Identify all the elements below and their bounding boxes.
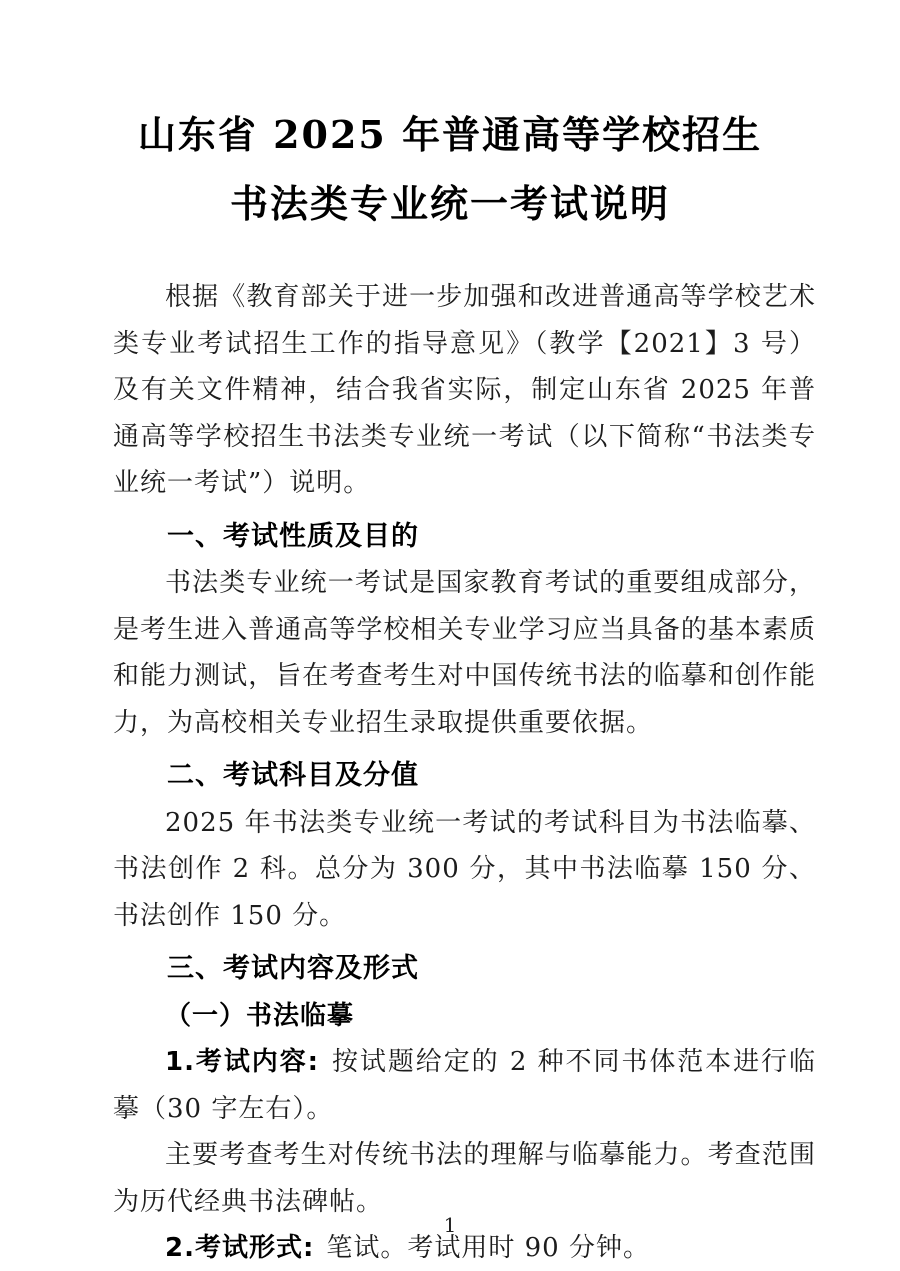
exam-form-text: 笔试。考试用时 90 分钟。 xyxy=(326,1233,650,1263)
page-number: 1 xyxy=(0,1213,900,1237)
title-line-1: 山东省 2025 年普通高等学校招生 xyxy=(0,100,900,169)
section-3-heading: 三、考试内容及形式 xyxy=(113,946,816,993)
document-body: 根据《教育部关于进一步加强和改进普通高等学校艺术类专业考试招生工作的指导意见》（… xyxy=(0,274,900,1271)
document-title: 山东省 2025 年普通高等学校招生 书法类专业统一考试说明 xyxy=(0,0,900,238)
intro-paragraph: 根据《教育部关于进一步加强和改进普通高等学校艺术类专业考试招生工作的指导意见》（… xyxy=(113,274,816,507)
exam-content-paragraph: 1.考试内容:按试题给定的 2 种不同书体范本进行临摹（30 字左右）。 xyxy=(113,1039,816,1132)
document-page: 山东省 2025 年普通高等学校招生 书法类专业统一考试说明 根据《教育部关于进… xyxy=(0,0,900,1271)
section-1-paragraph: 书法类专业统一考试是国家教育考试的重要组成部分，是考生进入普通高等学校相关专业学… xyxy=(113,560,816,746)
section-1-heading: 一、考试性质及目的 xyxy=(113,514,816,561)
exam-content-label: 1.考试内容: xyxy=(165,1047,319,1077)
title-line-2: 书法类专业统一考试说明 xyxy=(0,169,900,238)
subsection-1-heading: （一）书法临摹 xyxy=(113,993,816,1040)
exam-form-label: 2.考试形式: xyxy=(165,1233,314,1263)
section-2-paragraph: 2025 年书法类专业统一考试的考试科目为书法临摹、书法创作 2 科。总分为 3… xyxy=(113,800,816,940)
section-2-heading: 二、考试科目及分值 xyxy=(113,753,816,800)
exam-content-note-paragraph: 主要考查考生对传统书法的理解与临摹能力。考查范围为历代经典书法碑帖。 xyxy=(113,1132,816,1225)
